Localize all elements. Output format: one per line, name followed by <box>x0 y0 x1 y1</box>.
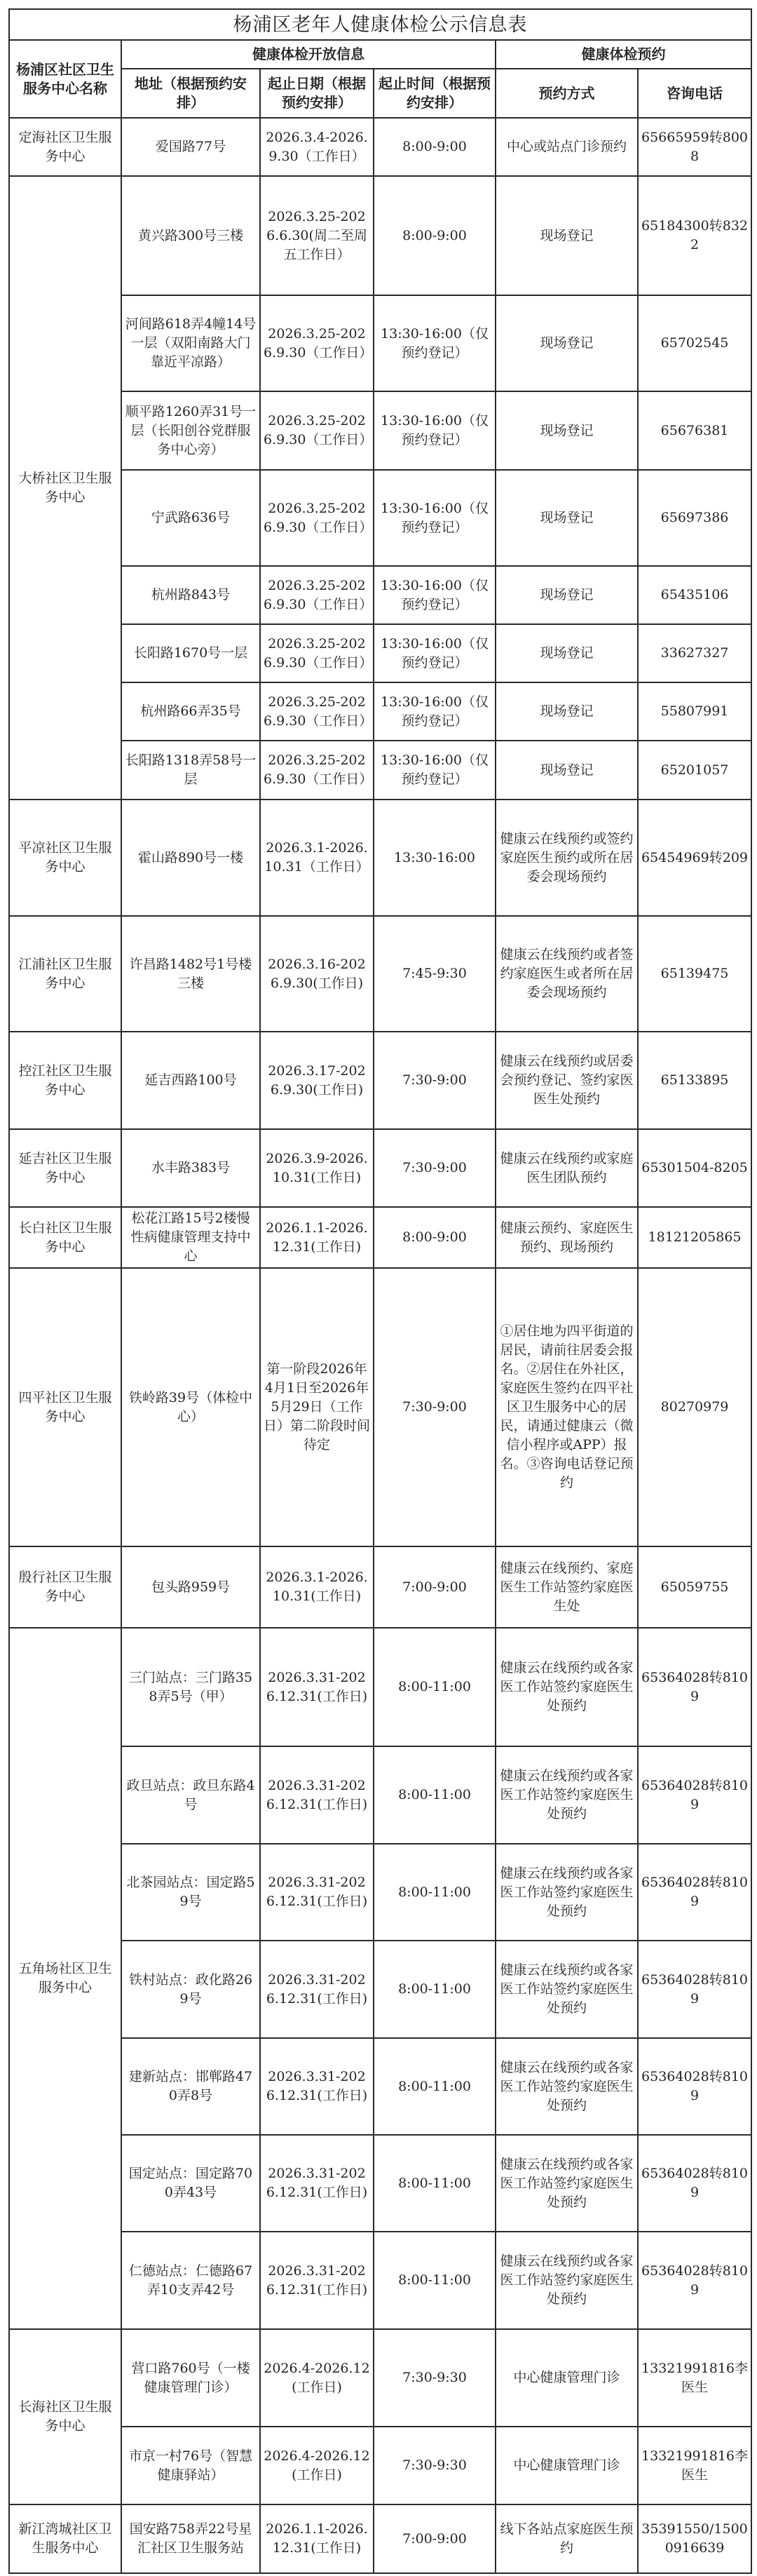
address-cell: 建新站点：邯郸路470弄8号 <box>121 2038 260 2135</box>
phone-cell: 65665959转8008 <box>638 118 751 176</box>
date-cell: 2026.3.31-2026.12.31(工作日) <box>260 1941 374 2038</box>
phone-cell: 55807991 <box>638 682 751 741</box>
booking-method-cell: 健康云在线预约或各家医工作站签约家庭医生处预约 <box>496 1941 638 2038</box>
address-cell: 杭州路843号 <box>121 566 260 624</box>
date-cell: 2026.3.25-2026.9.30（工作日） <box>260 391 374 470</box>
address-cell: 仁德站点：仁德路67弄10支弄42号 <box>121 2232 260 2329</box>
time-cell: 8:00-11:00 <box>374 2135 496 2232</box>
table-row: 定海社区卫生服务中心爱国路77号2026.3.4-2026.9.30（工作日）8… <box>9 118 751 176</box>
time-cell: 7:30-9:00 <box>374 1129 496 1207</box>
address-cell: 黄兴路300号三楼 <box>121 176 260 295</box>
date-cell: 2026.3.1-2026.10.31(工作日) <box>260 1546 374 1628</box>
health-check-notice-sheet: 杨浦区老年人健康体检公示信息表 杨浦区社区卫生服务中心名称 健康体检开放信息 健… <box>8 8 751 2574</box>
phone-cell: 65702545 <box>638 295 751 391</box>
header-method: 预约方式 <box>496 69 638 118</box>
phone-cell: 65364028转8109 <box>638 1844 751 1941</box>
phone-cell: 65364028转8109 <box>638 2135 751 2232</box>
address-cell: 政旦站点：政旦东路4号 <box>121 1746 260 1844</box>
time-cell: 8:00-11:00 <box>374 1844 496 1941</box>
date-cell: 2026.3.25-2026.9.30（工作日） <box>260 682 374 741</box>
center-name-cell: 大桥社区卫生服务中心 <box>9 176 121 800</box>
table-row: 平凉社区卫生服务中心霍山路890号一楼2026.3.1-2026.10.31（工… <box>9 800 751 916</box>
time-cell: 13:30-16:00 <box>374 800 496 916</box>
center-name-cell: 长海社区卫生服务中心 <box>9 2329 121 2504</box>
time-cell: 7:30-9:30 <box>374 2329 496 2427</box>
header-time: 起止时间（根据预约安排） <box>374 69 496 118</box>
center-name-cell: 延吉社区卫生服务中心 <box>9 1129 121 1207</box>
address-cell: 北茶园站点：国定路59号 <box>121 1844 260 1941</box>
address-cell: 顺平路1260弄31号一层（长阳创谷党群服务中心旁） <box>121 391 260 470</box>
center-name-cell: 长白社区卫生服务中心 <box>9 1207 121 1268</box>
phone-cell: 35391550/15000916639 <box>638 2504 751 2573</box>
time-cell: 8:00-11:00 <box>374 2232 496 2329</box>
header-address: 地址（根据预约安排） <box>121 69 260 118</box>
booking-method-cell: 现场登记 <box>496 566 638 624</box>
table-row: 新江湾城社区卫生服务中心国安路758弄22号星汇社区卫生服务站2026.1.1-… <box>9 2504 751 2573</box>
table-row: 四平社区卫生服务中心铁岭路39号（体检中心）第一阶段2026年4月1日至2026… <box>9 1268 751 1546</box>
time-cell: 13:30-16:00（仅预约登记） <box>374 624 496 682</box>
date-cell: 2026.3.31-2026.12.31(工作日) <box>260 1746 374 1844</box>
phone-cell: 18121205865 <box>638 1207 751 1268</box>
booking-method-cell: 现场登记 <box>496 470 638 566</box>
date-cell: 2026.3.25-2026.9.30（工作日） <box>260 470 374 566</box>
phone-cell: 13321991816李医生 <box>638 2427 751 2504</box>
center-name-cell: 新江湾城社区卫生服务中心 <box>9 2504 121 2573</box>
phone-cell: 65364028转8109 <box>638 2038 751 2135</box>
phone-cell: 65364028转8109 <box>638 2232 751 2329</box>
time-cell: 8:00-9:00 <box>374 1207 496 1268</box>
address-cell: 国安路758弄22号星汇社区卫生服务站 <box>121 2504 260 2573</box>
table-row: 延吉社区卫生服务中心水丰路383号2026.3.9-2026.10.31(工作日… <box>9 1129 751 1207</box>
date-cell: 2026.3.25-2026.6.30(周二至周五工作日） <box>260 176 374 295</box>
date-cell: 2026.1.1-2026.12.31(工作日) <box>260 1207 374 1268</box>
time-cell: 7:30-9:00 <box>374 1268 496 1546</box>
header-phone: 咨询电话 <box>638 69 751 118</box>
time-cell: 8:00-9:00 <box>374 176 496 295</box>
phone-cell: 65697386 <box>638 470 751 566</box>
table-row: 长海社区卫生服务中心营口路760号（一楼健康管理门诊）2026.4-2026.1… <box>9 2329 751 2427</box>
phone-cell: 65139475 <box>638 916 751 1032</box>
time-cell: 8:00-11:00 <box>374 2038 496 2135</box>
address-cell: 国定站点：国定路700弄43号 <box>121 2135 260 2232</box>
phone-cell: 13321991816李医生 <box>638 2329 751 2427</box>
address-cell: 杭州路66弄35号 <box>121 682 260 741</box>
booking-method-cell: 健康云在线预约或各家医工作站签约家庭医生处预约 <box>496 1628 638 1746</box>
phone-cell: 65364028转8109 <box>638 1941 751 2038</box>
booking-method-cell: 健康云在线预约或各家医工作站签约家庭医生处预约 <box>496 1844 638 1941</box>
booking-method-cell: 健康云在线预约或居委会预约登记、签约家医医生处预约 <box>496 1032 638 1129</box>
address-cell: 长阳路1670号一层 <box>121 624 260 682</box>
booking-method-cell: 现场登记 <box>496 295 638 391</box>
date-cell: 2026.3.16-2026.9.30(工作日) <box>260 916 374 1032</box>
date-cell: 2026.3.25-2026.9.30（工作日） <box>260 566 374 624</box>
center-name-cell: 江浦社区卫生服务中心 <box>9 916 121 1032</box>
table-row: 长白社区卫生服务中心松花江路15号2楼慢性病健康管理支持中心2026.1.1-2… <box>9 1207 751 1268</box>
date-cell: 2026.3.25-2026.9.30（工作日） <box>260 624 374 682</box>
address-cell: 延吉西路100号 <box>121 1032 260 1129</box>
address-cell: 三门站点：三门路358弄5号（甲） <box>121 1628 260 1746</box>
phone-cell: 65059755 <box>638 1546 751 1628</box>
center-name-cell: 平凉社区卫生服务中心 <box>9 800 121 916</box>
date-cell: 2026.3.31-2026.12.31(工作日) <box>260 2232 374 2329</box>
booking-method-cell: 健康云在线预约或各家医工作站签约家庭医生处预约 <box>496 2135 638 2232</box>
address-cell: 长阳路1318弄58号一层 <box>121 741 260 800</box>
date-cell: 2026.1.1-2026.12.31(工作日) <box>260 2504 374 2573</box>
address-cell: 爱国路77号 <box>121 118 260 176</box>
booking-method-cell: 健康云在线预约或各家医工作站签约家庭医生处预约 <box>496 2038 638 2135</box>
booking-method-cell: 健康云预约、家庭医生预约、现场预约 <box>496 1207 638 1268</box>
date-cell: 2026.4-2026.12(工作日) <box>260 2427 374 2504</box>
center-name-cell: 五角场社区卫生服务中心 <box>9 1628 121 2329</box>
booking-method-cell: 中心健康管理门诊 <box>496 2329 638 2427</box>
header-booking: 健康体检预约 <box>496 40 751 69</box>
phone-cell: 65435106 <box>638 566 751 624</box>
time-cell: 7:30-9:00 <box>374 1032 496 1129</box>
time-cell: 7:00-9:00 <box>374 1546 496 1628</box>
booking-method-cell: 现场登记 <box>496 391 638 470</box>
address-cell: 铁岭路39号（体检中心） <box>121 1268 260 1546</box>
date-cell: 2026.3.31-2026.12.31(工作日) <box>260 1628 374 1746</box>
phone-cell: 65133895 <box>638 1032 751 1129</box>
header-center-name: 杨浦区社区卫生服务中心名称 <box>9 40 121 118</box>
time-cell: 13:30-16:00（仅预约登记） <box>374 682 496 741</box>
phone-cell: 65364028转8109 <box>638 1746 751 1844</box>
date-cell: 2026.3.4-2026.9.30（工作日） <box>260 118 374 176</box>
phone-cell: 65301504-8205 <box>638 1129 751 1207</box>
date-cell: 2026.3.31-2026.12.31(工作日) <box>260 2135 374 2232</box>
date-cell: 2026.3.31-2026.12.31(工作日) <box>260 2038 374 2135</box>
booking-method-cell: 现场登记 <box>496 741 638 800</box>
time-cell: 8:00-9:00 <box>374 118 496 176</box>
health-check-table: 杨浦区老年人健康体检公示信息表 杨浦区社区卫生服务中心名称 健康体检开放信息 健… <box>8 8 752 2574</box>
date-cell: 2026.3.1-2026.10.31（工作日） <box>260 800 374 916</box>
table-row: 五角场社区卫生服务中心三门站点：三门路358弄5号（甲）2026.3.31-20… <box>9 1628 751 1746</box>
table-row: 控江社区卫生服务中心延吉西路100号2026.3.17-2026.9.30(工作… <box>9 1032 751 1129</box>
center-name-cell: 殷行社区卫生服务中心 <box>9 1546 121 1628</box>
time-cell: 13:30-16:00（仅预约登记） <box>374 741 496 800</box>
booking-method-cell: 健康云在线预约或各家医工作站签约家庭医生处预约 <box>496 1746 638 1844</box>
booking-method-cell: 现场登记 <box>496 176 638 295</box>
time-cell: 8:00-11:00 <box>374 1941 496 2038</box>
booking-method-cell: 中心或站点门诊预约 <box>496 118 638 176</box>
booking-method-cell: 健康云在线预约或各家医工作站签约家庭医生处预约 <box>496 2232 638 2329</box>
table-body: 定海社区卫生服务中心爱国路77号2026.3.4-2026.9.30（工作日）8… <box>9 118 751 2573</box>
time-cell: 7:00-9:00 <box>374 2504 496 2573</box>
time-cell: 8:00-11:00 <box>374 1628 496 1746</box>
address-cell: 宁武路636号 <box>121 470 260 566</box>
table-row: 殷行社区卫生服务中心包头路959号2026.3.1-2026.10.31(工作日… <box>9 1546 751 1628</box>
booking-method-cell: 现场登记 <box>496 682 638 741</box>
phone-cell: 65454969转209 <box>638 800 751 916</box>
header-date: 起止日期（根据预约安排） <box>260 69 374 118</box>
booking-method-cell: 中心健康管理门诊 <box>496 2427 638 2504</box>
address-cell: 水丰路383号 <box>121 1129 260 1207</box>
phone-cell: 65364028转8109 <box>638 1628 751 1746</box>
time-cell: 7:45-9:30 <box>374 916 496 1032</box>
time-cell: 8:00-11:00 <box>374 1746 496 1844</box>
date-cell: 第一阶段2026年4月1日至2026年5月29日（工作日）第二阶段时间待定 <box>260 1268 374 1546</box>
address-cell: 许昌路1482号1号楼三楼 <box>121 916 260 1032</box>
time-cell: 13:30-16:00（仅预约登记） <box>374 295 496 391</box>
address-cell: 松花江路15号2楼慢性病健康管理支持中心 <box>121 1207 260 1268</box>
time-cell: 7:30-9:30 <box>374 2427 496 2504</box>
date-cell: 2026.4-2026.12(工作日) <box>260 2329 374 2427</box>
booking-method-cell: 现场登记 <box>496 624 638 682</box>
center-name-cell: 控江社区卫生服务中心 <box>9 1032 121 1129</box>
phone-cell: 65184300转8322 <box>638 176 751 295</box>
booking-method-cell: 线下各站点家庭医生预约 <box>496 2504 638 2573</box>
booking-method-cell: 健康云在线预约或者签约家庭医生或者所在居委会现场预约 <box>496 916 638 1032</box>
date-cell: 2026.3.31-2026.12.31(工作日) <box>260 1844 374 1941</box>
date-cell: 2026.3.17-2026.9.30(工作日) <box>260 1032 374 1129</box>
table-title: 杨浦区老年人健康体检公示信息表 <box>9 9 751 40</box>
center-name-cell: 四平社区卫生服务中心 <box>9 1268 121 1546</box>
time-cell: 13:30-16:00（仅预约登记） <box>374 566 496 624</box>
address-cell: 营口路760号（一楼健康管理门诊） <box>121 2329 260 2427</box>
booking-method-cell: 健康云在线预约或签约家庭医生预约或所在居委会现场预约 <box>496 800 638 916</box>
phone-cell: 33627327 <box>638 624 751 682</box>
address-cell: 霍山路890号一楼 <box>121 800 260 916</box>
time-cell: 13:30-16:00（仅预约登记） <box>374 391 496 470</box>
date-cell: 2026.3.25-2026.9.30（工作日） <box>260 295 374 391</box>
table-row: 江浦社区卫生服务中心许昌路1482号1号楼三楼2026.3.16-2026.9.… <box>9 916 751 1032</box>
center-name-cell: 定海社区卫生服务中心 <box>9 118 121 176</box>
address-cell: 市京一村76号（智慧健康驿站） <box>121 2427 260 2504</box>
address-cell: 河间路618弄4幢14号一层（双阳南路大门靠近平凉路） <box>121 295 260 391</box>
time-cell: 13:30-16:00（仅预约登记） <box>374 470 496 566</box>
phone-cell: 65676381 <box>638 391 751 470</box>
address-cell: 包头路959号 <box>121 1546 260 1628</box>
phone-cell: 65201057 <box>638 741 751 800</box>
header-open-info: 健康体检开放信息 <box>121 40 496 69</box>
date-cell: 2026.3.9-2026.10.31(工作日) <box>260 1129 374 1207</box>
table-row: 大桥社区卫生服务中心黄兴路300号三楼2026.3.25-2026.6.30(周… <box>9 176 751 295</box>
booking-method-cell: 健康云在线预约、家庭医生工作站签约家庭医生处 <box>496 1546 638 1628</box>
booking-method-cell: 健康云在线预约或家庭医生团队预约 <box>496 1129 638 1207</box>
booking-method-cell: ①居住地为四平街道的居民，请前往居委会报名。②居住在外社区，家庭医生签约在四平社… <box>496 1268 638 1546</box>
date-cell: 2026.3.25-2026.9.30（工作日） <box>260 741 374 800</box>
phone-cell: 80270979 <box>638 1268 751 1546</box>
address-cell: 铁村站点：政化路269号 <box>121 1941 260 2038</box>
